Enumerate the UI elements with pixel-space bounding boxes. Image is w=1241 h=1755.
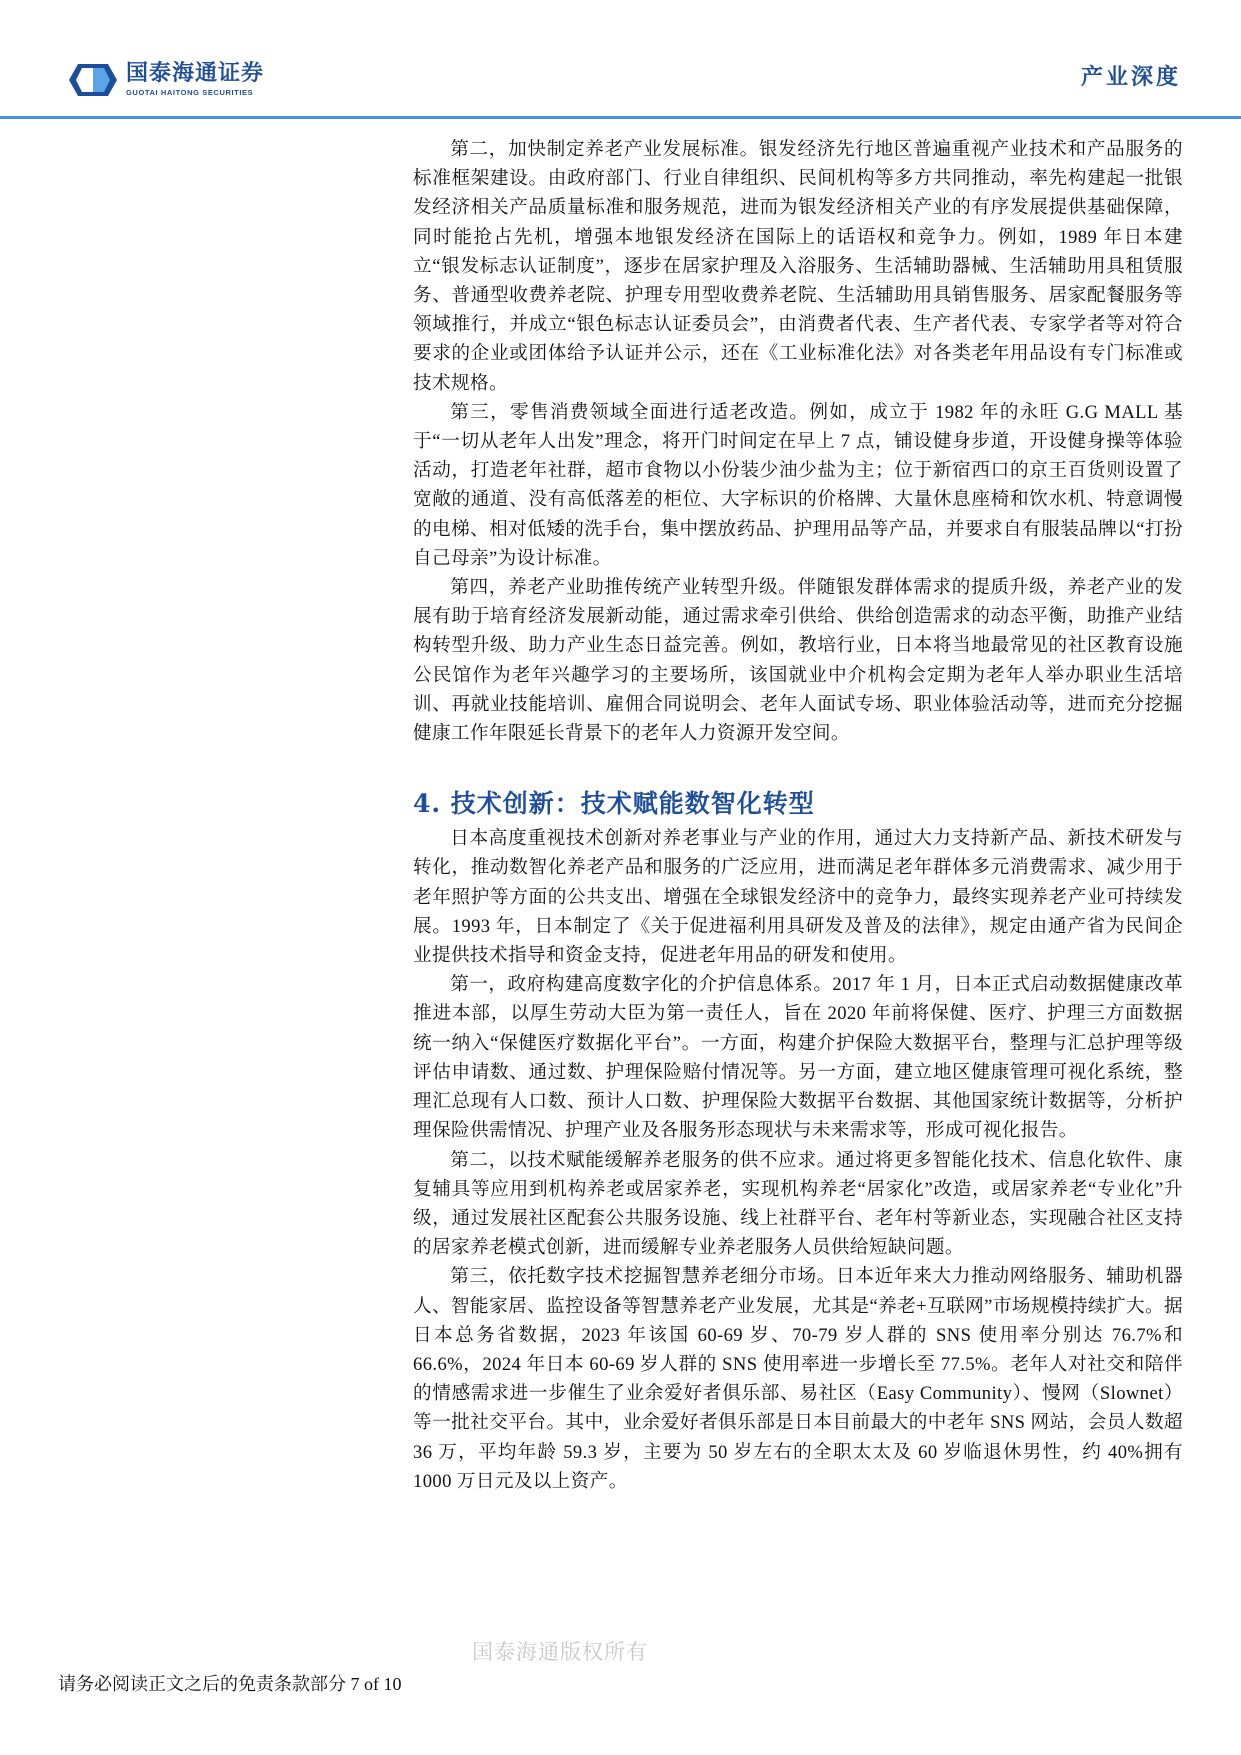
paragraph: 第一，政府构建高度数字化的介护信息体系。2017 年 1 月，日本正式启动数据健… [413,970,1183,1145]
document-type-label: 产业深度 [1081,60,1181,91]
page-footer: 请务必阅读正文之后的免责条款部分 7 of 10 [58,1670,402,1696]
paragraph: 第三，零售消费领域全面进行适老改造。例如，成立于 1982 年的永旺 G.G M… [413,398,1183,573]
section-heading: 4. 技术创新：技术赋能数智化转型 [413,786,1183,822]
paragraph: 第二，以技术赋能缓解养老服务的供不应求。通过将更多智能化技术、信息化软件、康复辅… [413,1146,1183,1263]
company-logo: 国泰海通证券 GUOTAI HAITONG SECURITIES [68,62,264,98]
logo-mark-icon [68,63,118,97]
copyright-watermark: 国泰海通版权所有 [472,1636,648,1666]
paragraph: 第三，依托数字技术挖掘智慧养老细分市场。日本近年来大力推动网络服务、辅助机器人、… [413,1262,1183,1496]
paragraph: 日本高度重视技术创新对养老事业与产业的作用，通过大力支持新产品、新技术研发与转化… [413,824,1183,970]
paragraph: 第二，加快制定养老产业发展标准。银发经济先行地区普遍重视产业技术和产品服务的标准… [413,135,1183,398]
paragraph: 第四，养老产业助推传统产业转型升级。伴随银发群体需求的提质升级，养老产业的发展有… [413,573,1183,748]
main-content: 第二，加快制定养老产业发展标准。银发经济先行地区普遍重视产业技术和产品服务的标准… [413,135,1183,1496]
logo-english-name: GUOTAI HAITONG SECURITIES [126,88,264,98]
logo-chinese-name: 国泰海通证券 [126,62,264,86]
header-divider [0,116,1241,119]
page-header: 国泰海通证券 GUOTAI HAITONG SECURITIES 产业深度 [0,0,1241,118]
